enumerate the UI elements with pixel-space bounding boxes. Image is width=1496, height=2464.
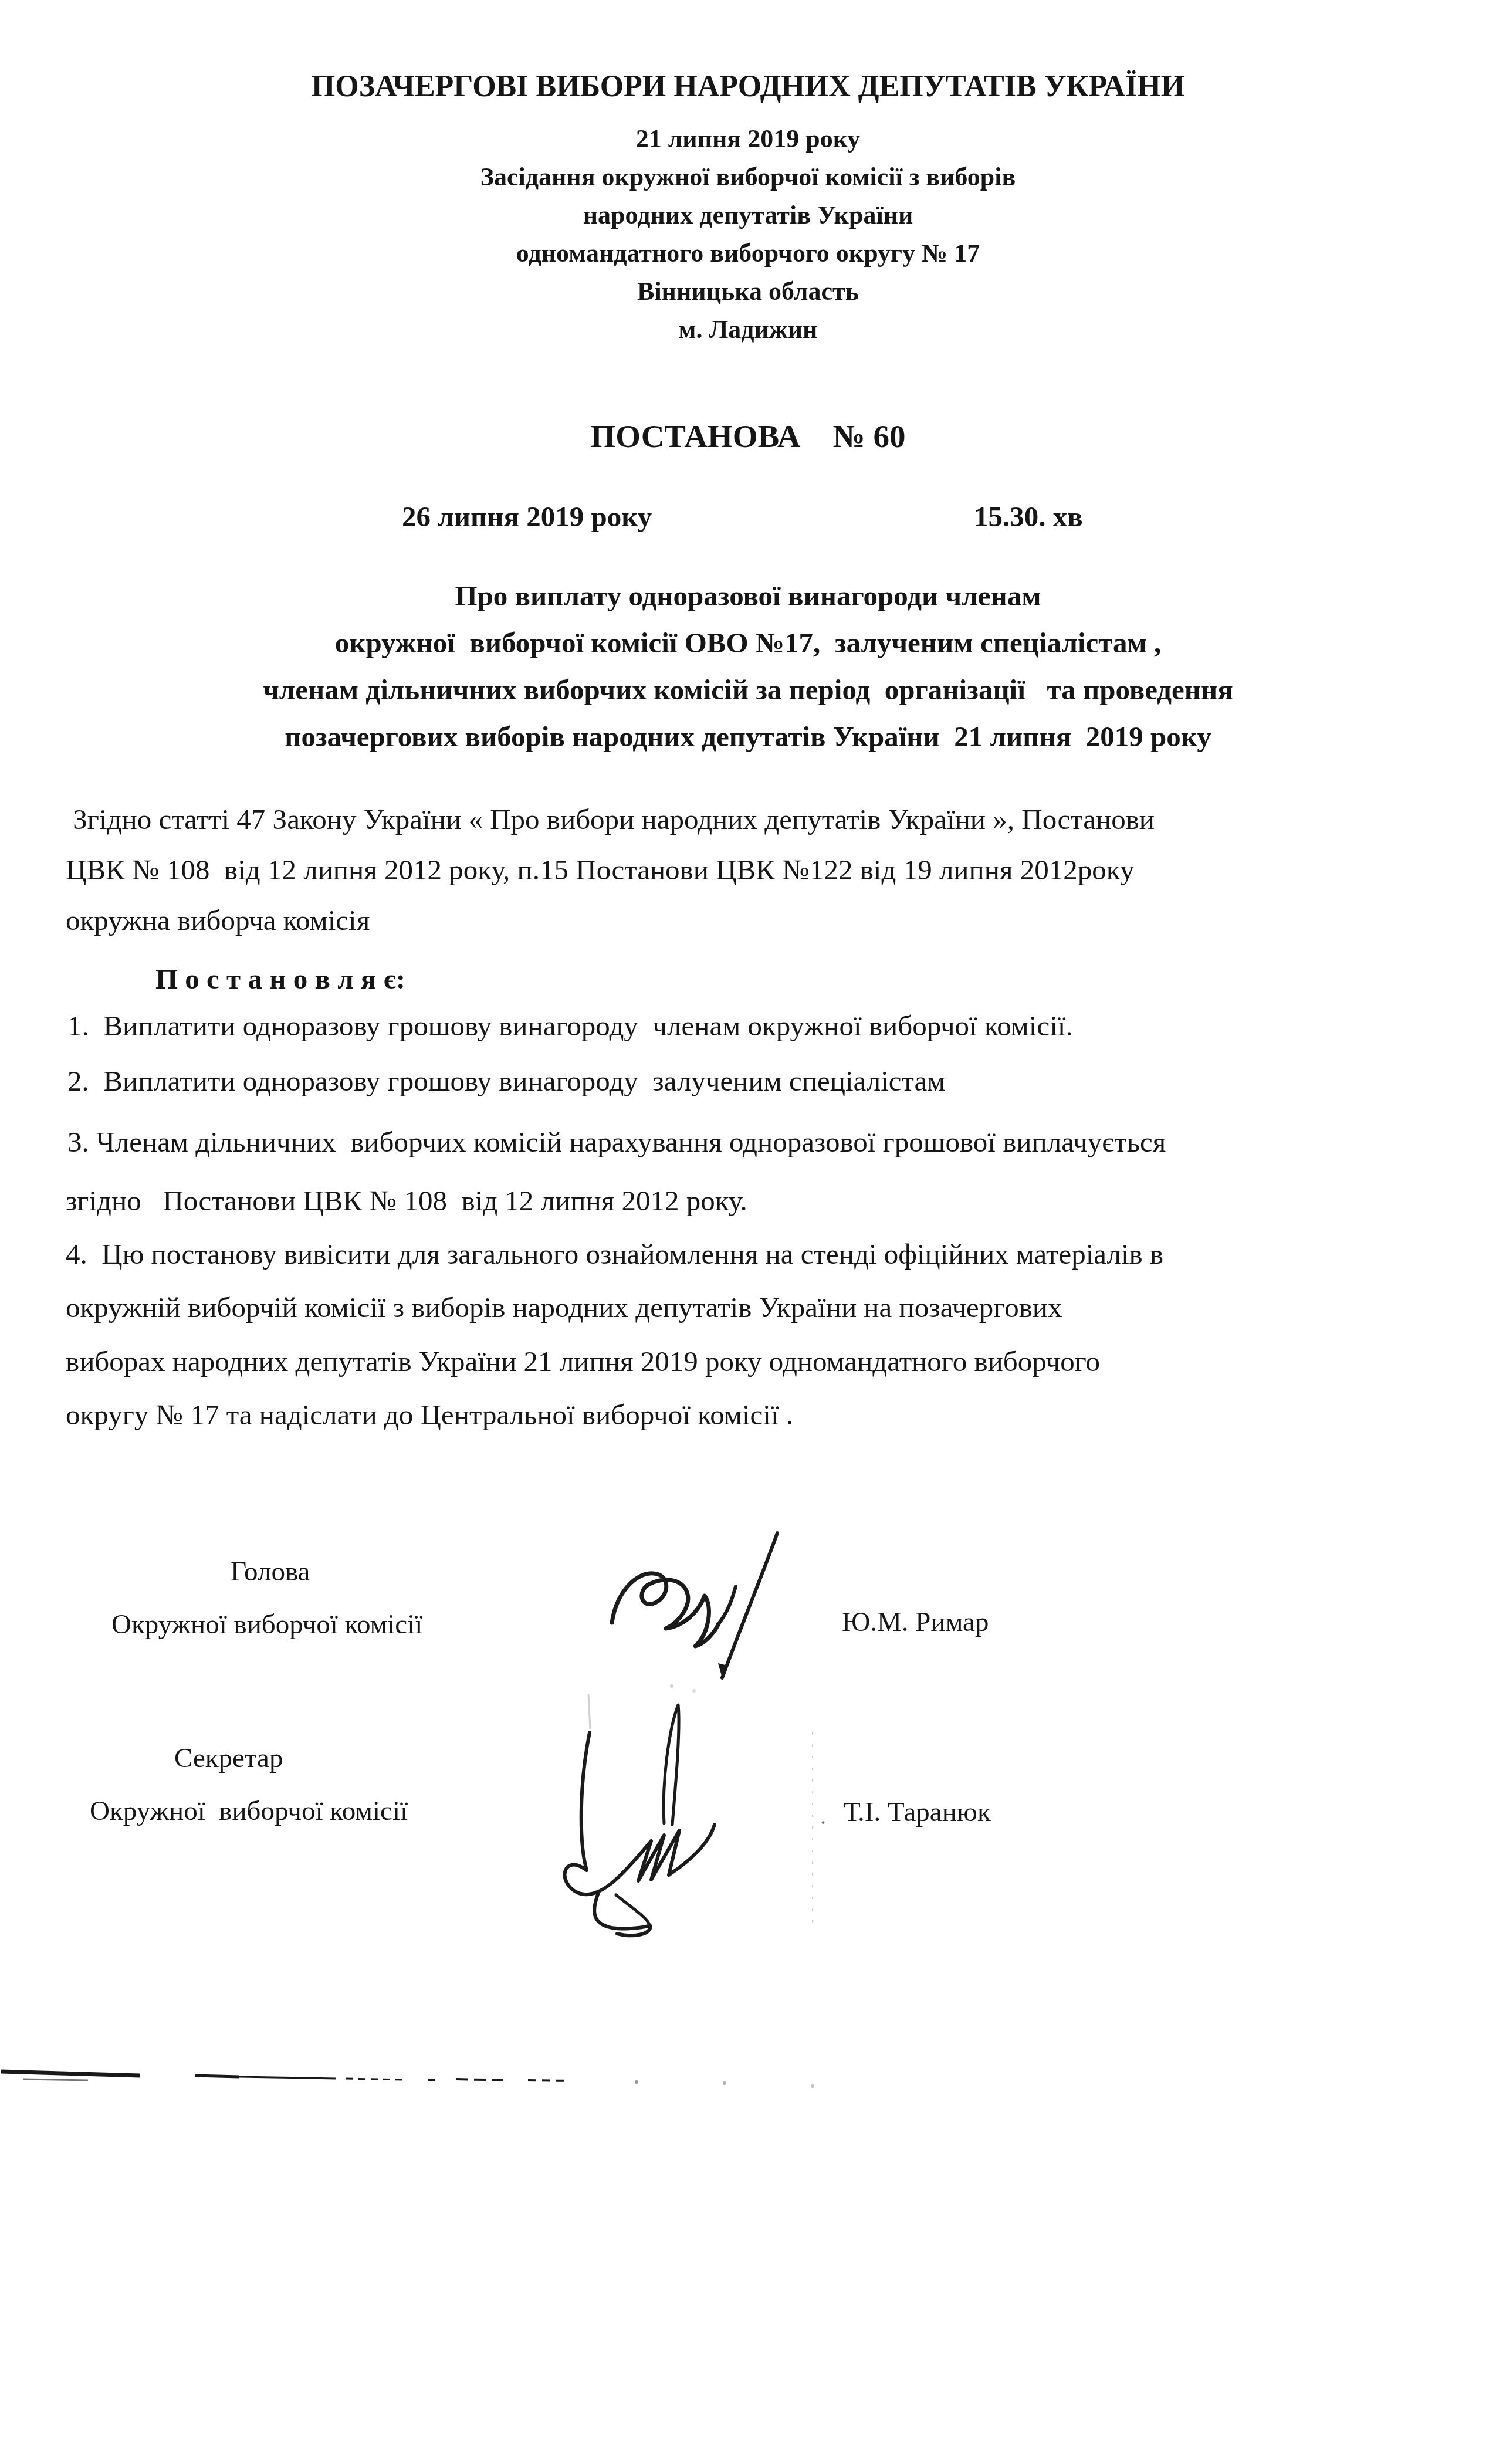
resolution-item-line: окружній виборчій комісії з виборів наро… [66,1291,1062,1324]
city-line: м. Ладижин [0,310,1496,348]
resolution-title: ПОСТАНОВА № 60 [0,418,1496,455]
signature-role: Окружної виборчої комісії [111,1609,422,1640]
signature-role: Секретар [174,1742,283,1774]
session-line-1: Засідання окружної виборчої комісії з ви… [0,158,1496,196]
handwritten-signature-head [584,1518,795,1694]
region-line: Вінницька область [0,272,1496,310]
subject-line: позачергових виборів народних депутатів … [0,713,1496,760]
preamble-line: Згідно статті 47 Закону України « Про ви… [66,803,1155,836]
resolution-item-line: 2. Виплатити одноразову грошову винагоро… [67,1064,945,1098]
resolution-item-line: 1. Виплатити одноразову грошову винагоро… [67,1009,1073,1043]
resolution-date: 26 липня 2019 року [402,500,652,533]
district-line: одномандатного виборчого округу № 17 [0,234,1496,272]
resolution-item-line: виборах народних депутатів України 21 ли… [66,1345,1100,1378]
subject-line: Про виплату одноразової винагороди члена… [0,573,1496,620]
resolution-item-line: округу № 17 та надіслати до Центральної … [66,1398,793,1431]
handwritten-signature-secretary [528,1677,833,1947]
scan-artifact-line [0,2052,892,2099]
resolves-label: П о с т а н о в л я є: [155,962,405,996]
signer-name: Ю.М. Римар [842,1606,989,1638]
subject-block: Про виплату одноразової винагороди члена… [0,573,1496,760]
signature-role: Окружної виборчої комісії [90,1795,408,1827]
resolution-item-line: згідно Постанови ЦВК № 108 від 12 липня … [66,1184,747,1217]
scanned-resolution-page: ПОЗАЧЕРГОВІ ВИБОРИ НАРОДНИХ ДЕПУТАТІВ УК… [0,0,1496,2464]
signature-role: Голова [231,1556,310,1588]
subject-line: членам дільничних виборчих комісій за пе… [0,666,1496,713]
document-header: ПОЗАЧЕРГОВІ ВИБОРИ НАРОДНИХ ДЕПУТАТІВ УК… [0,69,1496,348]
election-date-line: 21 липня 2019 року [0,120,1496,158]
session-line-2: народних депутатів України [0,196,1496,234]
preamble-line: ЦВК № 108 від 12 липня 2012 року, п.15 П… [66,853,1134,886]
resolution-item-line: 4. Цю постанову вивісити для загального … [66,1237,1163,1271]
signer-name: Т.І. Таранюк [844,1796,991,1828]
resolution-item-line: 3. Членам дільничних виборчих комісій на… [67,1125,1166,1159]
subject-line: окружної виборчої комісії ОВО №17, залуч… [0,620,1496,666]
resolution-time: 15.30. хв [974,500,1083,533]
election-title: ПОЗАЧЕРГОВІ ВИБОРИ НАРОДНИХ ДЕПУТАТІВ УК… [0,69,1496,104]
preamble-line: окружна виборча комісія [66,903,370,937]
